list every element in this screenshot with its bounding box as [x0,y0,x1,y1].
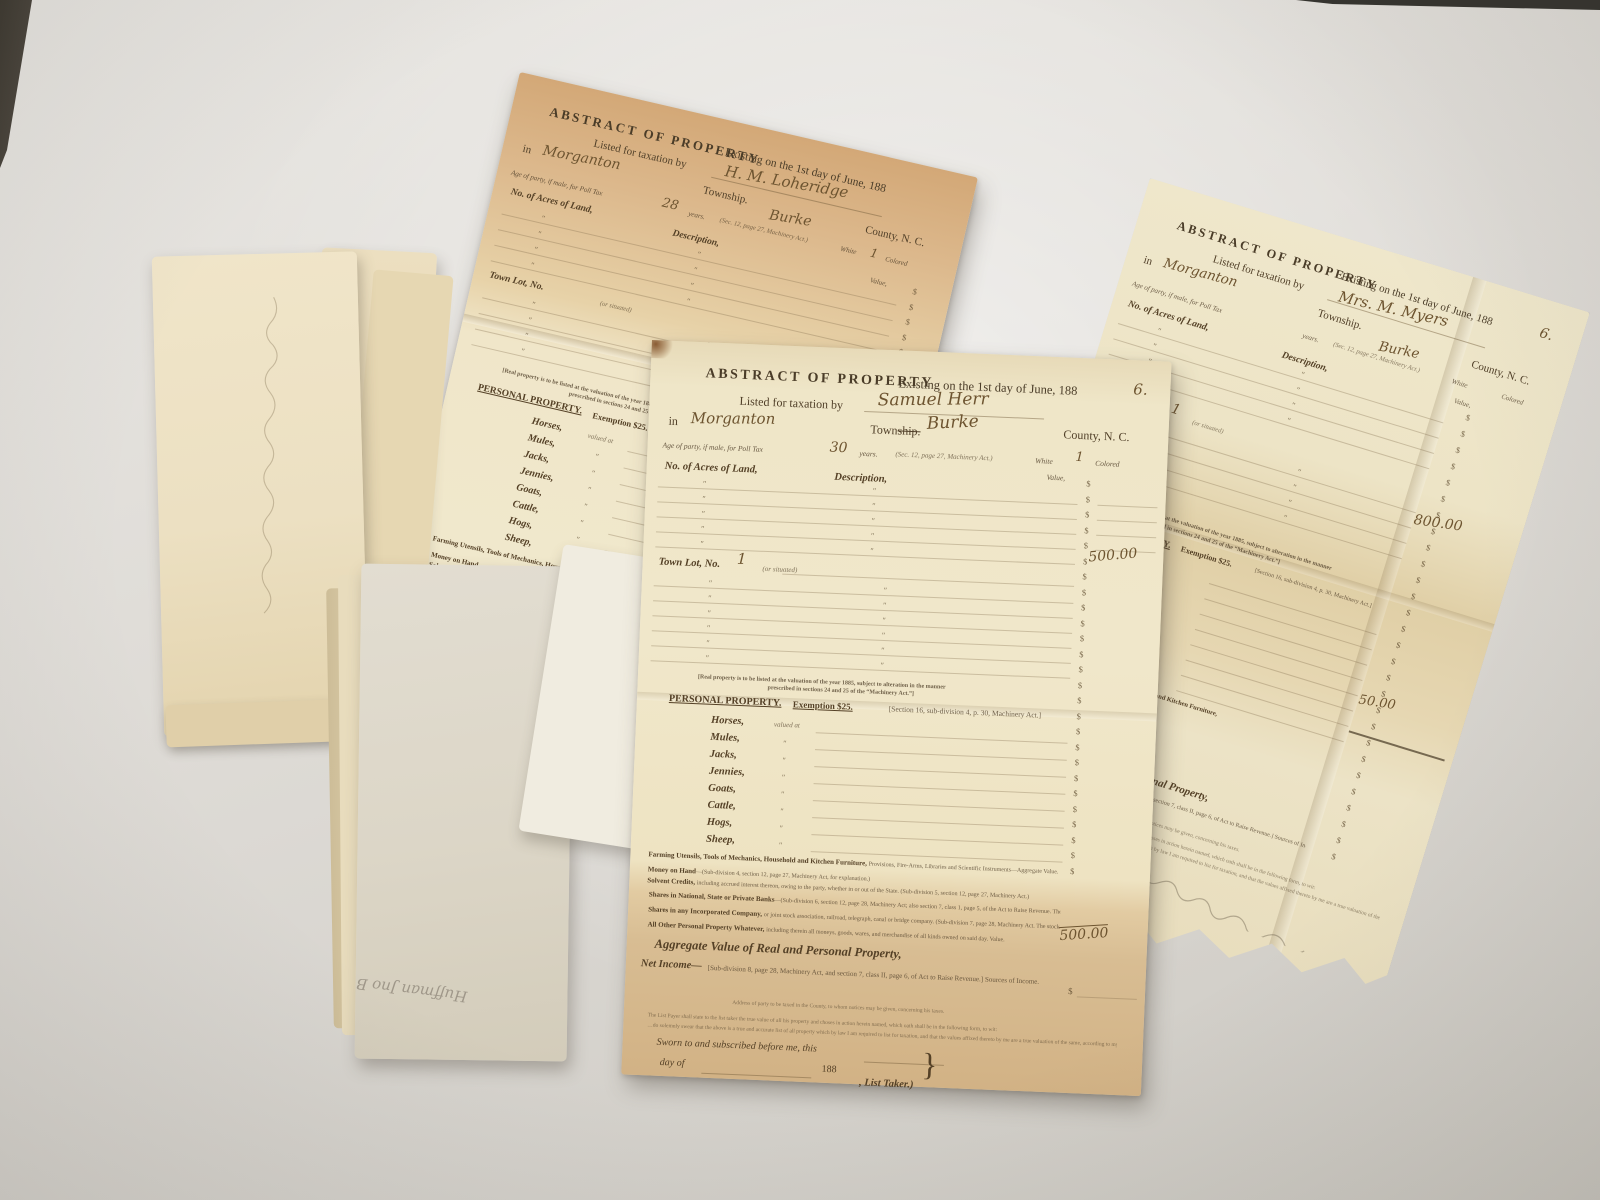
year-blank-label: 188 [821,1064,836,1076]
ditto-mark: ″ [870,546,874,555]
ditto-mark: ″ [706,639,710,648]
animal-label: Hogs, [508,515,534,531]
dollar-sign: $ [1068,986,1073,996]
in-label: in [521,143,532,157]
description-header: Description, [671,229,720,249]
animal-label: Jennies, [519,465,555,483]
ditto-mark: ″ [693,265,698,275]
personal-property-heading: PERSONAL PROPERTY. [669,693,782,709]
ditto-mark: ″ [697,250,702,260]
item-label: Shares in National, State or Private Ban… [649,890,775,903]
valued-at-label: valued at [774,720,800,729]
ditto-mark: ″ [709,579,713,588]
year-digit-handwritten: 6. [1537,325,1554,344]
ditto-mark: ″ [537,229,542,239]
town-lot-no-handwritten: 1 [737,550,747,568]
animal-label: Sheep, [504,532,533,549]
town-lot-value-handwritten: 800.00 [1413,512,1464,535]
day-of-label: day of [660,1057,685,1069]
sworn-label: Sworn to and subscribed before me, this [656,1037,817,1055]
closing-brace: } [921,1046,938,1084]
item-label: Money on Hand [648,865,697,875]
or-situated-label: (or situated) [599,300,632,314]
in-label: in [1142,254,1154,268]
document-center: ABSTRACT OF PROPERTY Existing on the 1st… [621,340,1171,1096]
white-label: White [1035,456,1053,466]
town-lot-label: Town Lot, No. [488,270,544,292]
years-label: years. [859,449,877,459]
ditto-mark: ″ [533,245,538,255]
ditto-mark: ″ [689,281,694,291]
blank-line [701,1067,811,1079]
ditto-mark: ″ [779,841,783,850]
ditto-mark: ″ [884,586,888,595]
ditto-mark: ″ [686,297,691,307]
ditto-mark: ″ [579,518,584,528]
ditto-mark: ″ [880,661,884,670]
animal-label: Jacks, [709,749,737,761]
animal-label: Goats, [515,482,543,499]
animal-label: Sheep, [706,834,735,846]
colored-label: Colored [884,255,908,268]
address-note: Address of party to be taxed in the Coun… [732,1000,944,1015]
net-income-note: [Sub-division 8, page 28, Machinery Act,… [708,964,1058,987]
animal-label: Mules, [710,732,740,744]
or-situated-label: (or situated) [1191,419,1224,435]
valued-at-label: valued at [587,432,614,446]
ditto-mark: ″ [1152,341,1158,351]
age-reference: (Sec. 12, page 27, Machinery Act.) [895,450,993,462]
aggregate-label: Aggregate Value of Real and Personal Pro… [654,937,902,962]
ditto-mark: ″ [1300,370,1306,380]
in-label: in [668,414,678,429]
value-header: Value, [869,276,888,288]
value-header: Value, [1453,397,1472,410]
age-handwritten: 28 [661,196,680,214]
years-label: years. [1301,332,1320,345]
ditto-mark: ″ [706,654,710,663]
county-label: County, N. C. [1063,427,1130,445]
value-header: Value, [1046,473,1065,483]
ditto-mark: ″ [583,502,588,512]
list-taker-label: , List Taker.) [859,1077,914,1090]
ditto-mark: ″ [871,531,875,540]
white-count-handwritten: 1 [869,246,880,261]
item-note: Provisions, Fire-Arms, Libraries and Sci… [868,862,1058,876]
ditto-mark: ″ [700,539,704,548]
ditto-mark: ″ [524,331,529,341]
ditto-mark: ″ [882,616,886,625]
animal-label: Horses, [531,416,564,434]
ditto-mark: ″ [779,824,783,833]
paper-stain [651,340,674,359]
ditto-mark: ″ [703,479,707,488]
animal-label: Jennies, [709,766,745,778]
township-label: Township. [702,184,750,206]
ditto-mark: ″ [587,485,592,495]
ditto-mark: ″ [871,516,875,525]
town-lot-label: Town Lot, No. [658,556,720,570]
furniture-value-handwritten: 50.00 [1358,693,1397,714]
personal-value-handwritten: 500.00 [1059,925,1109,944]
ditto-mark: ″ [707,609,711,618]
ditto-mark: ″ [1292,482,1298,492]
ditto-mark: ″ [1291,401,1297,411]
ditto-mark: ″ [782,756,786,765]
ditto-mark: ″ [520,347,525,357]
township-label: Township. [1316,307,1363,332]
ditto-mark: ″ [873,486,877,495]
description-header: Description, [834,472,887,485]
net-income-label: Net Income— [641,958,702,972]
ditto-mark: ″ [702,509,706,518]
land-value-handwritten: 500.00 [1088,546,1138,566]
item-label: Solvent Credits, [647,876,695,886]
ditto-mark: ″ [1287,498,1293,508]
ditto-mark: ″ [1156,326,1162,336]
colored-label: Colored [1095,459,1120,469]
pp-reference: [Section 16, sub-division 4, p. 30, Mach… [889,704,1042,719]
county-handwritten: Burke [768,207,813,229]
white-label: White [1451,377,1469,389]
ditto-mark: ″ [594,452,599,462]
ditto-mark: ″ [702,494,706,503]
ditto-mark: ″ [708,594,712,603]
ditto-mark: ″ [1286,416,1292,426]
age-line-label: Age of party, if male, for Poll Tax [662,441,763,454]
ditto-mark: ″ [783,739,787,748]
county-handwritten: Burke [926,411,979,433]
animal-label: Cattle, [511,499,540,516]
year-digit-handwritten: 6. [1133,380,1148,399]
animal-label: Jacks, [523,449,551,466]
ditto-mark: ″ [1282,513,1288,523]
years-label: years. [688,210,706,222]
ditto-mark: ″ [1295,385,1301,395]
township-label-part2-struck: ship. [897,423,921,438]
colored-label: Colored [1500,392,1524,406]
ditto-mark: ″ [781,790,785,799]
ditto-mark: ″ [1296,467,1302,477]
ditto-mark: ″ [882,631,886,640]
or-situated-label: (or situated) [762,565,797,574]
ditto-mark: ″ [541,214,546,224]
item-label: Shares in any Incorporated Company, [648,905,762,918]
animal-label: Horses, [711,715,744,727]
item-label: All Other Personal Property Whatever, [647,920,764,933]
county-label: County, N. C. [1470,358,1532,387]
ditto-mark: ″ [530,261,535,271]
township-handwritten: Morganton [691,409,776,428]
ditto-mark: ″ [883,601,887,610]
item-note: including therein all moneys, goods, war… [766,927,1005,943]
ditto-mark: ″ [782,773,786,782]
township-label-part1: Town [870,422,898,437]
white-label: White [840,245,858,256]
white-count-handwritten: 1 [1075,450,1084,465]
pp-exemption: Exemption $25. [793,699,853,712]
ditto-mark: ″ [591,469,596,479]
ditto-mark: ″ [531,300,536,310]
animal-label: Goats, [708,783,736,795]
township-label: Township. [870,422,921,439]
animal-label: Mules, [527,432,557,449]
ditto-mark: ″ [575,535,580,545]
town-lot-no-handwritten: 1 [1169,401,1182,419]
animal-label: Cattle, [707,800,736,812]
ditto-mark: ″ [701,524,705,533]
age-handwritten: 30 [829,440,847,457]
ditto-mark: ″ [780,807,784,816]
ditto-mark: ″ [527,315,532,325]
dollar-column: $ $ $ $ $ $ $ $ $ $ $ $ $ $ $ $ $ $ $ $ … [1070,476,1091,879]
animal-label: Hogs, [707,817,733,829]
ditto-mark: ″ [707,624,711,633]
ditto-mark: ″ [881,646,885,655]
ditto-mark: ″ [872,501,876,510]
acres-header: No. of Acres of Land, [664,461,757,476]
